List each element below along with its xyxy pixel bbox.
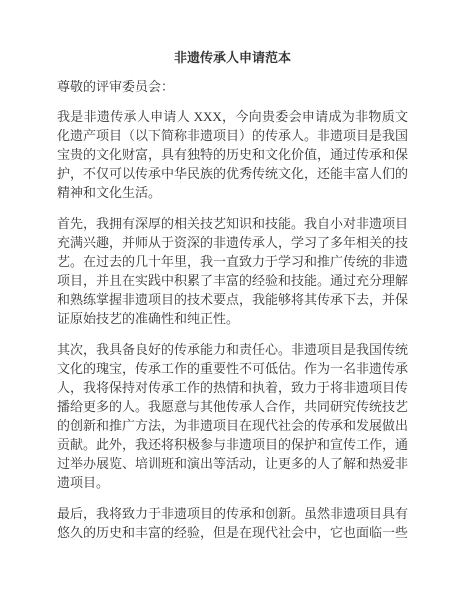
paragraph-responsibility: 其次，我具备良好的传承能力和责任心。非遗项目是我国传统文化的瑰宝，传承工作的重要… [57,340,408,492]
salutation-line: 尊敬的评审委员会： [57,77,408,96]
paragraph-skills: 首先，我拥有深厚的相关技艺知识和技能。我自小对非遗项目充满兴趣，并师从于资深的非… [57,214,408,328]
document-title: 非遗传承人申请范本 [57,48,408,67]
paragraph-innovation-truncated: 最后，我将致力于非遗项目的传承和创新。虽然非遗项目具有悠久的历史和丰富的经验，但… [57,504,408,542]
paragraph-introduction: 我是非遗传承人申请人 XXX，今向贵委会申请成为非物质文化遗产项目（以下简称非遗… [57,107,408,202]
document-page: 非遗传承人申请范本 尊敬的评审委员会： 我是非遗传承人申请人 XXX，今向贵委会… [0,0,463,600]
